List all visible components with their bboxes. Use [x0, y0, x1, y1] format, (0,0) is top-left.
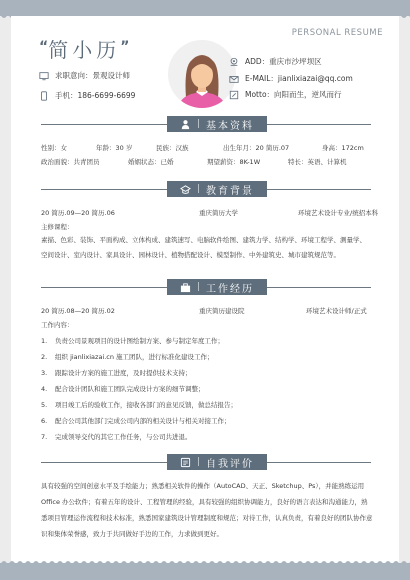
resume-page: “简小历” 求职意向：景观设计师 手机：186-6699-6699 PERSON… — [11, 16, 399, 563]
company-name: 重庆简历建设院 — [199, 306, 245, 315]
work-item: 2.组织 jianlixiazai.cn 施工团队，进行标准化建设工作； — [41, 352, 214, 361]
section-header-education: | 教育背景 — [41, 181, 371, 197]
height: 身高：172cm — [322, 143, 364, 152]
section-tag-basic: | 基本资料 — [167, 116, 267, 132]
work-item: 7.完成领导交代的其它工作任务，与公司共进退。 — [41, 432, 192, 441]
ethnicity: 民族：汉族 — [156, 143, 189, 152]
work-item: 3.跟踪设计方案的施工进度，及时提供技术支持； — [41, 368, 192, 377]
phone-icon — [39, 91, 49, 101]
self-evaluation-text: 具有较强的空间创意水平及手绘能力；熟悉相关软件的操作（AutoCAD、天正、Sk… — [41, 478, 373, 542]
edit-icon — [229, 90, 239, 100]
monitor-icon — [39, 71, 49, 81]
phone: 手机：186-6699-6699 — [39, 90, 135, 101]
work-period: 20 简历.08—20 简历.02 — [41, 306, 115, 315]
person-icon — [180, 119, 191, 130]
school-name: 重庆简历大学 — [199, 208, 238, 217]
avatar — [168, 40, 236, 108]
courses-text: 素描、色彩、装饰、平面构成、立体构成、建筑速写、电脑软件绘图、建筑力学、结构学、… — [41, 233, 371, 263]
expected-salary: 期望薪资：8K-1W — [207, 157, 260, 166]
political-status: 政治面貌：共青团员 — [41, 157, 100, 166]
avatar-illustration — [168, 40, 236, 108]
candidate-name: “简小历” — [39, 34, 129, 63]
birth-date: 出生年月：20 简历.07 — [223, 143, 289, 152]
work-item: 1.负责公司景观项目的设计图绘制方案、参与制定年度工作； — [41, 336, 224, 345]
job-intent: 求职意向：景观设计师 — [39, 70, 130, 81]
motto: Motto：向阳而生，逆风而行 — [229, 89, 342, 100]
bottom-decor-band — [0, 563, 410, 580]
education-period: 20 简历.09—20 简历.06 — [41, 208, 115, 217]
work-content-label: 工作内容： — [41, 320, 74, 329]
envelope-icon — [229, 74, 239, 84]
email: E-MAIL：jianlixiazai@qq.com — [229, 73, 353, 84]
briefcase-icon — [180, 282, 191, 293]
section-tag-self: | 自我评价 — [167, 454, 267, 470]
section-tag-work: | 工作经历 — [167, 279, 267, 295]
graduation-cap-icon — [180, 184, 191, 195]
section-header-basic: | 基本资料 — [41, 116, 371, 132]
job-position: 环境艺术设计师/正式 — [306, 306, 367, 315]
courses-label: 主修课程： — [41, 222, 74, 231]
marital-status: 婚姻状态：已婚 — [128, 157, 174, 166]
personal-resume-subtitle: PERSONAL RESUME — [292, 28, 383, 38]
section-header-self: | 自我评价 — [41, 454, 371, 470]
location-pin-icon — [229, 57, 239, 67]
work-item: 4.配合设计团队和施工团队完成设计方案的细节调整； — [41, 384, 205, 393]
document-icon — [180, 457, 191, 468]
gender: 性别：女 — [41, 143, 67, 152]
section-header-work: | 工作经历 — [41, 279, 371, 295]
work-item: 6.配合公司其他部门完成公司内部的相关设计与相关对接工作； — [41, 416, 231, 425]
section-tag-education: | 教育背景 — [167, 181, 267, 197]
skills: 特长：英语、计算机 — [288, 157, 347, 166]
major: 环境艺术设计专业/统招本科 — [298, 208, 378, 217]
work-item: 5.项目竣工后的验收工作，接收各部门的意见反馈，做总结报告； — [41, 400, 237, 409]
address: ADD：重庆市沙坪坝区 — [229, 56, 322, 67]
age: 年龄：30 岁 — [96, 143, 132, 152]
